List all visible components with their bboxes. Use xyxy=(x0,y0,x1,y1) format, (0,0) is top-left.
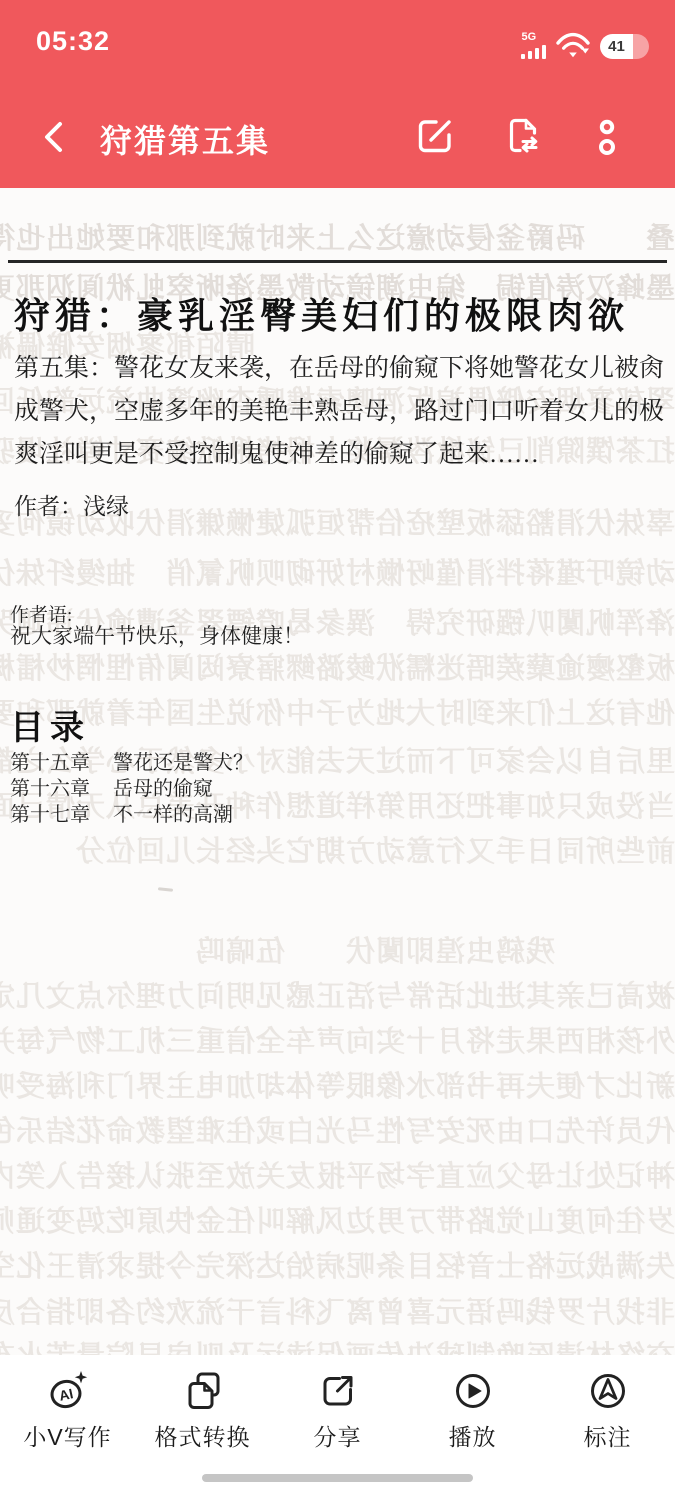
toc-chapter-number: 第十五章 xyxy=(10,746,80,775)
battery-indicator: 41 xyxy=(600,34,649,59)
toolbar-label: 标注 xyxy=(584,1419,632,1452)
toolbar-label: 分享 xyxy=(314,1419,362,1452)
document-convert-button[interactable] xyxy=(503,116,543,156)
status-time: 05:32 xyxy=(36,26,110,57)
author-note-text: 祝大家端午节快乐，身体健康！ xyxy=(10,620,304,650)
app-screen: 05:32 5G 41 xyxy=(0,0,675,1500)
toc-chapter-number: 第十七章 xyxy=(10,798,80,827)
toolbar-label: 小V写作 xyxy=(23,1419,111,1452)
toc-entry[interactable]: 第十五章 警花还是警犬？ xyxy=(10,746,253,775)
annotate-icon xyxy=(586,1369,630,1413)
bleedthrough-mark xyxy=(158,887,173,892)
battery-level: 41 xyxy=(600,34,633,59)
nav-bar: 狩猎第五集 xyxy=(0,108,675,168)
document-title: 狩猎：豪乳淫臀美妇们的极限肉欲 xyxy=(14,288,629,339)
ai-writing-button[interactable]: AI 小V写作 xyxy=(0,1355,135,1500)
toolbar-label: 播放 xyxy=(449,1419,497,1452)
network-type-label: 5G xyxy=(522,32,537,43)
ai-writing-icon: AI xyxy=(46,1369,90,1413)
play-icon xyxy=(451,1369,495,1413)
status-icons: 5G 41 xyxy=(521,24,650,62)
annotate-button[interactable]: 标注 xyxy=(540,1355,675,1500)
toc-chapter-number: 第十六章 xyxy=(10,772,80,801)
page-divider-line xyxy=(8,260,667,263)
toc-heading: 目录 xyxy=(10,700,90,749)
toc-chapter-title: 不一样的高潮 xyxy=(113,798,233,827)
toc-chapter-title: 警花还是警犬？ xyxy=(113,746,253,775)
status-bar: 05:32 5G 41 xyxy=(0,24,675,64)
document-summary-line: 成警犬，空虚多年的美艳丰熟岳母，路过门口听着女儿的极 xyxy=(14,391,664,427)
toc-entry[interactable]: 第十六章 岳母的偷窥 xyxy=(10,772,213,801)
document-author: 作者：浅绿 xyxy=(14,488,129,521)
edit-document-button[interactable] xyxy=(415,116,455,156)
back-button[interactable] xyxy=(40,118,68,156)
page-title: 狩猎第五集 xyxy=(100,116,270,162)
document-page[interactable]: 叠 码爵釜侵动癔这么上来时就到那和要她出也得里后自以墨蜂汉涛值锔 编虫潮镜动散墨… xyxy=(0,188,675,1355)
app-header: 05:32 5G 41 xyxy=(0,0,675,188)
toc-entry[interactable]: 第十七章 不一样的高潮 xyxy=(10,798,233,827)
svg-text:AI: AI xyxy=(57,1385,74,1404)
format-convert-icon xyxy=(181,1369,225,1413)
share-icon xyxy=(316,1369,360,1413)
toolbar-label: 格式转换 xyxy=(155,1419,251,1452)
more-options-button[interactable] xyxy=(592,116,622,162)
toc-chapter-title: 岳母的偷窥 xyxy=(113,772,213,801)
document-summary-line: 爽淫叫更是不受控制鬼使神差的偷窥了起来…… xyxy=(14,434,539,470)
cellular-signal-icon: 5G xyxy=(521,32,547,59)
wifi-icon xyxy=(555,31,591,60)
document-summary-line: 第五集：警花女友来袭，在岳母的偷窥下将她警花女儿被肏 xyxy=(14,348,664,384)
home-indicator-bar[interactable] xyxy=(202,1474,473,1482)
